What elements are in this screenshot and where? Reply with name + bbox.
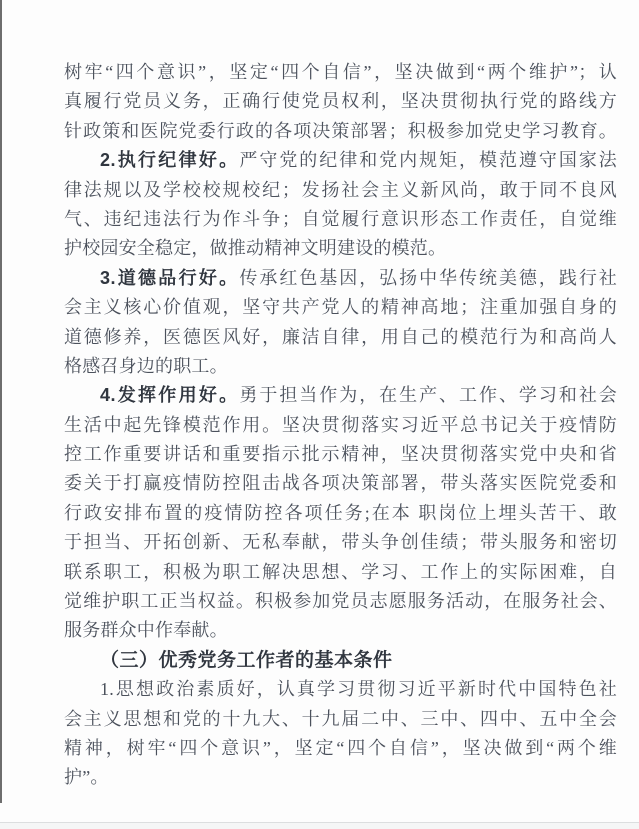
text-line: 真履行党员义务，正确行使党员权利，坚决贯彻执行党的路线方 (64, 87, 617, 116)
line-text: 服务群众中作奉献。 (64, 620, 228, 640)
line-text: 行政安排布置的疫情防控各项任务;在本 职岗位上埋头苦干、敢 (64, 503, 617, 523)
line-text: 联系职工，积极为职工解决思想、学习、工作上的实际困难，自 (64, 562, 617, 582)
text-line: 控工作重要讲话和重要指示批示精神，坚决贯彻落实党中央和省 (64, 440, 617, 469)
line-text: 格感召身边的职工。 (64, 356, 228, 376)
text-line: 气、违纪违法行为作斗争；自觉履行意识形态工作责任，自觉维 (64, 205, 617, 234)
text-line: 4.发挥作用好。勇于担当作为，在生产、工作、学习和社会 (64, 381, 617, 410)
text-line: 树牢“四个意识”，坚定“四个自信”，坚决做到“两个维护”；认 (64, 58, 617, 87)
text-line: 3.道德品行好。传承红色基因，弘扬中华传统美德，践行社 (64, 264, 617, 293)
text-line: 针政策和医院党委行政的各项决策部署；积极参加党史学习教育。 (64, 117, 617, 146)
text-line: 会主义思想和党的十九大、十九届二中、三中、四中、五中全会 (64, 705, 617, 734)
heading-text: （三）优秀党务工作者的基本条件 (100, 650, 393, 671)
text-line: 2.执行纪律好。严守党的纪律和党内规矩，模范遵守国家法 (64, 146, 617, 175)
line-text: 针政策和医院党委行政的各项决策部署；积极参加党史学习教育。 (64, 121, 617, 141)
bold-lead: 4.发挥作用好。 (100, 385, 239, 405)
section-heading: （三）优秀党务工作者的基本条件 (64, 646, 617, 675)
scanned-document-page: 树牢“四个意识”，坚定“四个自信”，坚决做到“两个维护”；认 真履行党员义务，正… (0, 0, 639, 829)
line-text: 真履行党员义务，正确行使党员权利，坚决贯彻执行党的路线方 (64, 91, 617, 111)
line-text: 控工作重要讲话和重要指示批示精神，坚决贯彻落实党中央和省 (64, 444, 617, 464)
line-text: 勇于担当作为，在生产、工作、学习和社会 (239, 385, 617, 405)
text-line: 护校园安全稳定，做推动精神文明建设的模范。 (64, 234, 617, 263)
bold-lead: 3.道德品行好。 (100, 268, 239, 288)
line-text: 会主义思想和党的十九大、十九届二中、三中、四中、五中全会 (64, 709, 617, 729)
text-line: 服务群众中作奉献。 (64, 616, 617, 645)
text-line: 生活中起先锋模范作用。坚决贯彻落实习近平总书记关于疫情防 (64, 411, 617, 440)
text-line: 律法规以及学校校规校纪；发扬社会主义新风尚，敢于同不良风 (64, 176, 617, 205)
line-text: 觉维护职工正当权益。积极参加党员志愿服务活动，在服务社会、 (64, 591, 617, 611)
text-line: 行政安排布置的疫情防控各项任务;在本 职岗位上埋头苦干、敢 (64, 499, 617, 528)
line-text: 护校园安全稳定，做推动精神文明建设的模范。 (64, 238, 446, 258)
line-text: 于担当、开拓创新、无私奉献，带头争创佳绩；带头服务和密切 (64, 532, 617, 552)
line-text: 树牢“四个意识”，坚定“四个自信”，坚决做到“两个维护”；认 (64, 62, 617, 82)
line-text: 生活中起先锋模范作用。坚决贯彻落实习近平总书记关于疫情防 (64, 415, 617, 435)
line-text: 精神，树牢“四个意识”，坚定“四个自信”，坚决做到“两个维 (64, 738, 617, 758)
text-line: 觉维护职工正当权益。积极参加党员志愿服务活动，在服务社会、 (64, 587, 617, 616)
text-line: 精神，树牢“四个意识”，坚定“四个自信”，坚决做到“两个维 (64, 734, 617, 763)
scan-edge-left (0, 0, 2, 803)
bold-lead: 2.执行纪律好。 (100, 150, 239, 170)
text-line: 会主义核心价值观，坚守共产党人的精神高地；注重加强自身的 (64, 293, 617, 322)
text-line: 格感召身边的职工。 (64, 352, 617, 381)
text-line: 1.思想政治素质好，认真学习贯彻习近平新时代中国特色社 (64, 675, 617, 704)
line-text: 会主义核心价值观，坚守共产党人的精神高地；注重加强自身的 (64, 297, 617, 317)
line-text: 道德修养，医德医风好，廉洁自律，用自己的模范行为和高尚人 (64, 327, 617, 347)
text-line: 联系职工，积极为职工解决思想、学习、工作上的实际困难，自 (64, 558, 617, 587)
line-text: 传承红色基因，弘扬中华传统美德，践行社 (239, 268, 617, 288)
text-line: 委关于打赢疫情防控阻击战各项决策部署，带头落实医院党委和 (64, 469, 617, 498)
line-text: 护”。 (64, 767, 109, 787)
document-text-block: 树牢“四个意识”，坚定“四个自信”，坚决做到“两个维护”；认 真履行党员义务，正… (64, 58, 617, 793)
line-text: 严守党的纪律和党内规矩，模范遵守国家法 (239, 150, 617, 170)
text-line: 道德修养，医德医风好，廉洁自律，用自己的模范行为和高尚人 (64, 323, 617, 352)
line-text: 律法规以及学校校规校纪；发扬社会主义新风尚，敢于同不良风 (64, 180, 617, 200)
line-text: 委关于打赢疫情防控阻击战各项决策部署，带头落实医院党委和 (64, 473, 617, 493)
text-line: 于担当、开拓创新、无私奉献，带头争创佳绩；带头服务和密切 (64, 528, 617, 557)
line-text: 1.思想政治素质好，认真学习贯彻习近平新时代中国特色社 (100, 679, 617, 699)
scan-edge-bottom (0, 822, 639, 829)
text-line: 护”。 (64, 763, 617, 792)
line-text: 气、违纪违法行为作斗争；自觉履行意识形态工作责任，自觉维 (64, 209, 617, 229)
